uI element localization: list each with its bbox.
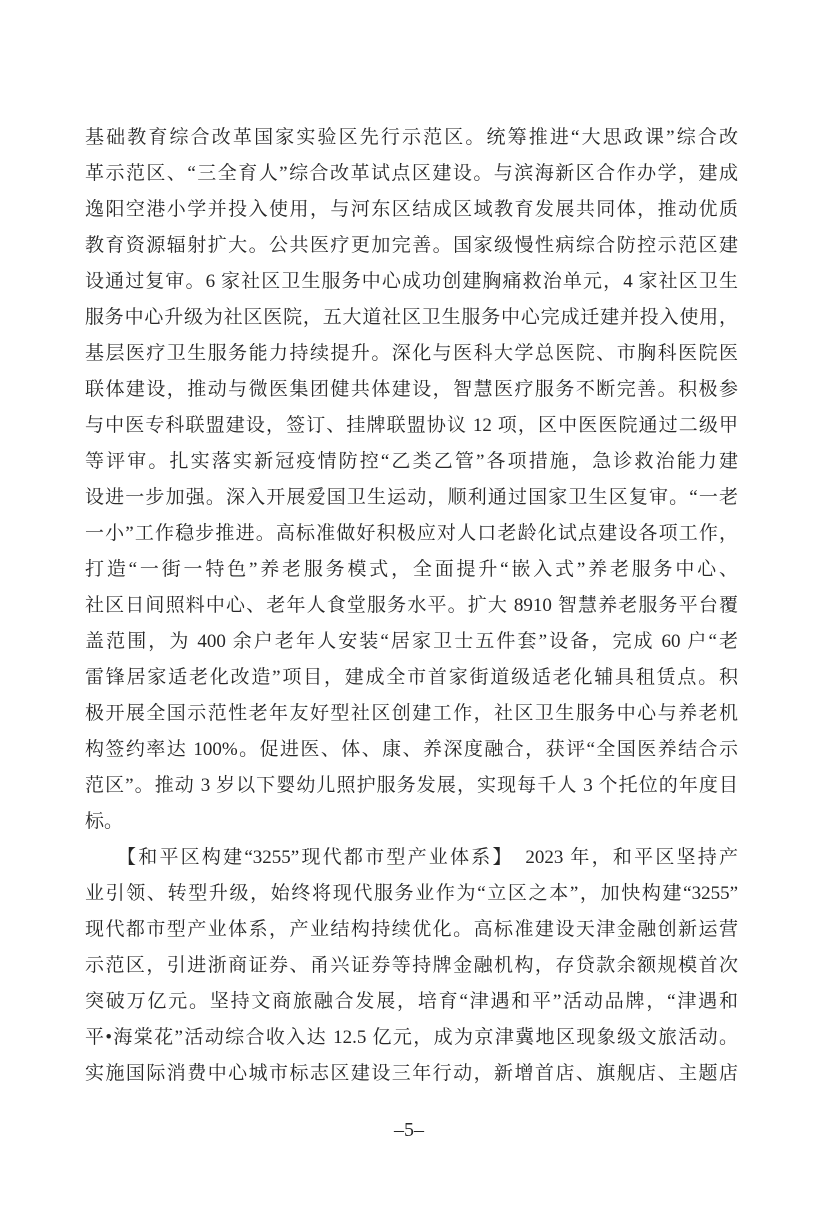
text-line: 打造“一街一特色”养老服务模式，全面提升“嵌入式”养老服务中心、 [85, 552, 738, 588]
text-line: 设进一步加强。深入开展爱国卫生运动，顺利通过国家卫生区复审。“一老 [85, 480, 738, 516]
para-education-health: 基础教育综合改革国家实验区先行示范区。统筹推进“大思政课”综合改革示范区、“三全… [85, 120, 738, 840]
text-line: 联体建设，推动与微医集团健共体建设，智慧医疗服务不断完善。积极参 [85, 372, 738, 408]
text-block: 基础教育综合改革国家实验区先行示范区。统筹推进“大思政课”综合改革示范区、“三全… [85, 120, 738, 1092]
text-line: 社区日间照料中心、老年人食堂服务水平。扩大 8910 智慧养老服务平台覆 [85, 588, 738, 624]
text-line: 构签约率达 100%。促进医、体、康、养深度融合，获评“全国医养结合示 [85, 732, 738, 768]
text-line: 范区”。推动 3 岁以下婴幼儿照护服务发展，实现每千人 3 个托位的年度目 [85, 768, 738, 804]
text-line: 与中医专科联盟建设，签订、挂牌联盟协议 12 项，区中医医院通过二级甲 [85, 408, 738, 444]
text-line: 盖范围，为 400 余户老年人安装“居家卫士五件套”设备，完成 60 户“老 [85, 624, 738, 660]
page-number: –5– [0, 1116, 818, 1144]
text-line: 突破万亿元。坚持文商旅融合发展，培育“津遇和平”活动品牌，“津遇和 [85, 984, 738, 1020]
text-line: 雷锋居家适老化改造”项目，建成全市首家街道级适老化辅具租赁点。积 [85, 660, 738, 696]
text-line: 平•海棠花”活动综合收入达 12.5 亿元，成为京津冀地区现象级文旅活动。 [85, 1020, 738, 1056]
text-line: 实施国际消费中心城市标志区建设三年行动，新增首店、旗舰店、主题店 [85, 1056, 738, 1092]
text-line: 设通过复审。6 家社区卫生服务中心成功创建胸痛救治单元，4 家社区卫生 [85, 264, 738, 300]
text-line: 基层医疗卫生服务能力持续提升。深化与医科大学总医院、市胸科医院医 [85, 336, 738, 372]
document-page: 基础教育综合改革国家实验区先行示范区。统筹推进“大思政课”综合改革示范区、“三全… [0, 0, 818, 1228]
text-line: 教育资源辐射扩大。公共医疗更加完善。国家级慢性病综合防控示范区建 [85, 228, 738, 264]
text-line: 现代都市型产业体系，产业结构持续优化。高标准建设天津金融创新运营 [85, 912, 738, 948]
para-3255-industry-system: 【和平区构建“3255”现代都市型产业体系】 2023 年，和平区坚持产业引领、… [85, 840, 738, 1092]
text-line: 等评审。扎实落实新冠疫情防控“乙类乙管”各项措施，急诊救治能力建 [85, 444, 738, 480]
text-line: 示范区，引进浙商证券、甬兴证券等持牌金融机构，存贷款余额规模首次 [85, 948, 738, 984]
text-line: 革示范区、“三全育人”综合改革试点区建设。与滨海新区合作办学，建成 [85, 156, 738, 192]
text-line: 基础教育综合改革国家实验区先行示范区。统筹推进“大思政课”综合改 [85, 120, 738, 156]
text-line: 极开展全国示范性老年友好型社区创建工作，社区卫生服务中心与养老机 [85, 696, 738, 732]
text-line: 标。 [85, 804, 738, 840]
text-line: 逸阳空港小学并投入使用，与河东区结成区域教育发展共同体，推动优质 [85, 192, 738, 228]
text-line: 【和平区构建“3255”现代都市型产业体系】 2023 年，和平区坚持产 [85, 840, 738, 876]
text-line: 业引领、转型升级，始终将现代服务业作为“立区之本”，加快构建“3255” [85, 876, 738, 912]
text-line: 一小”工作稳步推进。高标准做好积极应对人口老龄化试点建设各项工作， [85, 516, 738, 552]
text-line: 服务中心升级为社区医院，五大道社区卫生服务中心完成迁建并投入使用， [85, 300, 738, 336]
